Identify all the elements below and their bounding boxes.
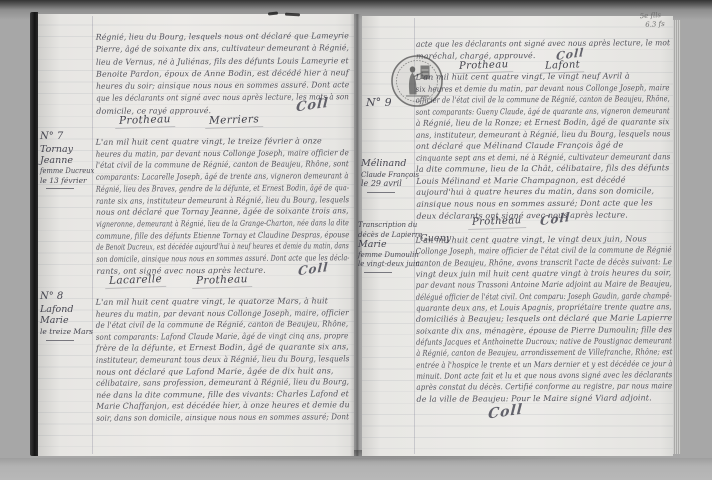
deceased-firstname: Jeanne xyxy=(40,155,94,167)
page-stack-edge xyxy=(673,20,681,454)
deceased-spouse: femme Ducreux xyxy=(40,167,92,176)
handwriting-line: la dite commune, lieu de la Chât, céliba… xyxy=(416,163,670,176)
transcription-record-text: L'an mil huit cent quatre vingt, le ving… xyxy=(415,233,672,405)
deceased-firstname: Marie xyxy=(358,239,422,251)
handwriting-line: cinquante sept ans et demi, né à Régnié,… xyxy=(416,151,641,164)
handwriting-line: ainsique nous nous en sommes assuré; Don… xyxy=(416,197,670,210)
transcription-label: Transcription du xyxy=(358,221,422,230)
handwriting-line: acte que les déclarants ont signé avec n… xyxy=(416,37,655,50)
signature-row: Protheau Merriers xyxy=(115,114,263,128)
margin-underline xyxy=(46,188,74,189)
deceased-firstname: Claude François xyxy=(361,170,415,179)
act7-death-record-text: L'an mil huit cent quatre vingt, le trei… xyxy=(96,135,350,277)
book-spine xyxy=(30,12,38,456)
deceased-firstname: Marie xyxy=(40,315,94,327)
handwriting-line: que les déclarants ont signé avec nous a… xyxy=(96,92,322,106)
act-date: le treize Mars xyxy=(40,327,94,336)
deceased-spouse: femme Dumoulin xyxy=(358,251,422,260)
margin-underline xyxy=(367,192,395,193)
handwriting-line: de la ville de Beaujeu: Pour le Maire si… xyxy=(416,392,672,405)
signature-row: Protheau xyxy=(468,216,526,229)
deceased-surname: Lafond xyxy=(40,304,94,316)
signature: Protheau xyxy=(192,273,252,289)
margin-note-act8: N° 8 Lafond Marie le treize Mars xyxy=(40,291,94,341)
act-date: le vingt-deux juin xyxy=(358,260,422,269)
act-date: le 13 février xyxy=(40,176,94,185)
margin-underline xyxy=(46,340,74,341)
handwriting-line: nous ont déclaré que Tornay Jeanne, âgée… xyxy=(96,206,337,219)
act8-continuation-text: acte que les déclarants ont signé avec n… xyxy=(416,37,670,62)
signature: Protheau xyxy=(115,113,175,129)
signature-row: Lacarelle Protheau xyxy=(105,274,252,288)
handwriting-line: soir, dans son domicile, ainsique nous n… xyxy=(96,411,321,424)
signature: Protheau xyxy=(468,215,526,230)
register-scan: Régnié, lieu du Bourg, lesquels nous ont… xyxy=(0,0,712,480)
margin-note-transcription: Transcription du décès de Lapierre Marie… xyxy=(358,221,422,273)
signature: Merriers xyxy=(205,113,264,129)
margin-note-act7: N° 7 Tornay Jeanne femme Ducreux le 13 f… xyxy=(40,131,94,189)
handwriting-line: instituteur, demeurant tous deux à Régni… xyxy=(96,353,328,366)
handwriting-line: après constat du décès. Certifié conform… xyxy=(416,381,641,394)
act-number: N° 7 xyxy=(40,131,94,144)
act9-death-record-text: L'an mil huit cent quatre vingt, le ving… xyxy=(416,70,671,222)
deceased-surname: décès de Lapierre xyxy=(358,230,418,239)
act-number: N° 8 xyxy=(40,291,94,304)
pencil-folio-note: 5e flls 6.3 fs xyxy=(640,10,687,31)
signature: Lacarelle xyxy=(105,273,167,289)
margin-underline xyxy=(364,272,392,273)
margin-note-act9: Mélinand Claude François le 29 avril xyxy=(361,158,419,193)
act8-death-record-text: L'an mil huit cent quatre vingt, le quat… xyxy=(96,295,350,424)
handwriting-line: ans, instituteur, demeurant à Régnié, li… xyxy=(416,128,651,141)
deceased-surname: Tornay xyxy=(40,144,94,156)
deceased-surname: Mélinand xyxy=(361,158,419,170)
margin-note-act9-number: N° 9 xyxy=(366,96,392,110)
act-number: N° 9 xyxy=(366,96,392,110)
act-date: le 29 avril xyxy=(361,179,419,189)
left-page-margin-rule xyxy=(92,16,93,454)
handwriting-line: son domicile, ainsique nous nous en somm… xyxy=(96,253,295,266)
